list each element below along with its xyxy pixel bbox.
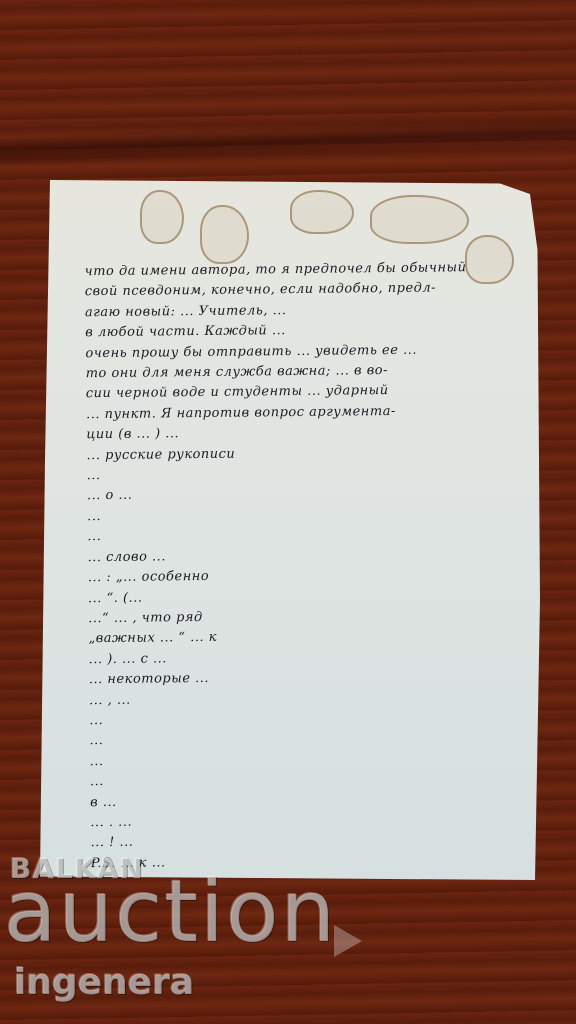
watermark-ingenera: ingenera xyxy=(14,962,194,1003)
water-stain xyxy=(140,190,184,244)
play-arrow-icon xyxy=(334,925,362,957)
manuscript-page: что да имени автора, то я предпочел бы о… xyxy=(40,180,540,880)
water-stain xyxy=(370,195,469,244)
water-stain xyxy=(200,205,249,264)
handwritten-text: что да имени автора, то я предпочел бы о… xyxy=(84,258,511,936)
water-stain xyxy=(290,190,354,234)
watermark-auction: auction xyxy=(4,862,337,962)
